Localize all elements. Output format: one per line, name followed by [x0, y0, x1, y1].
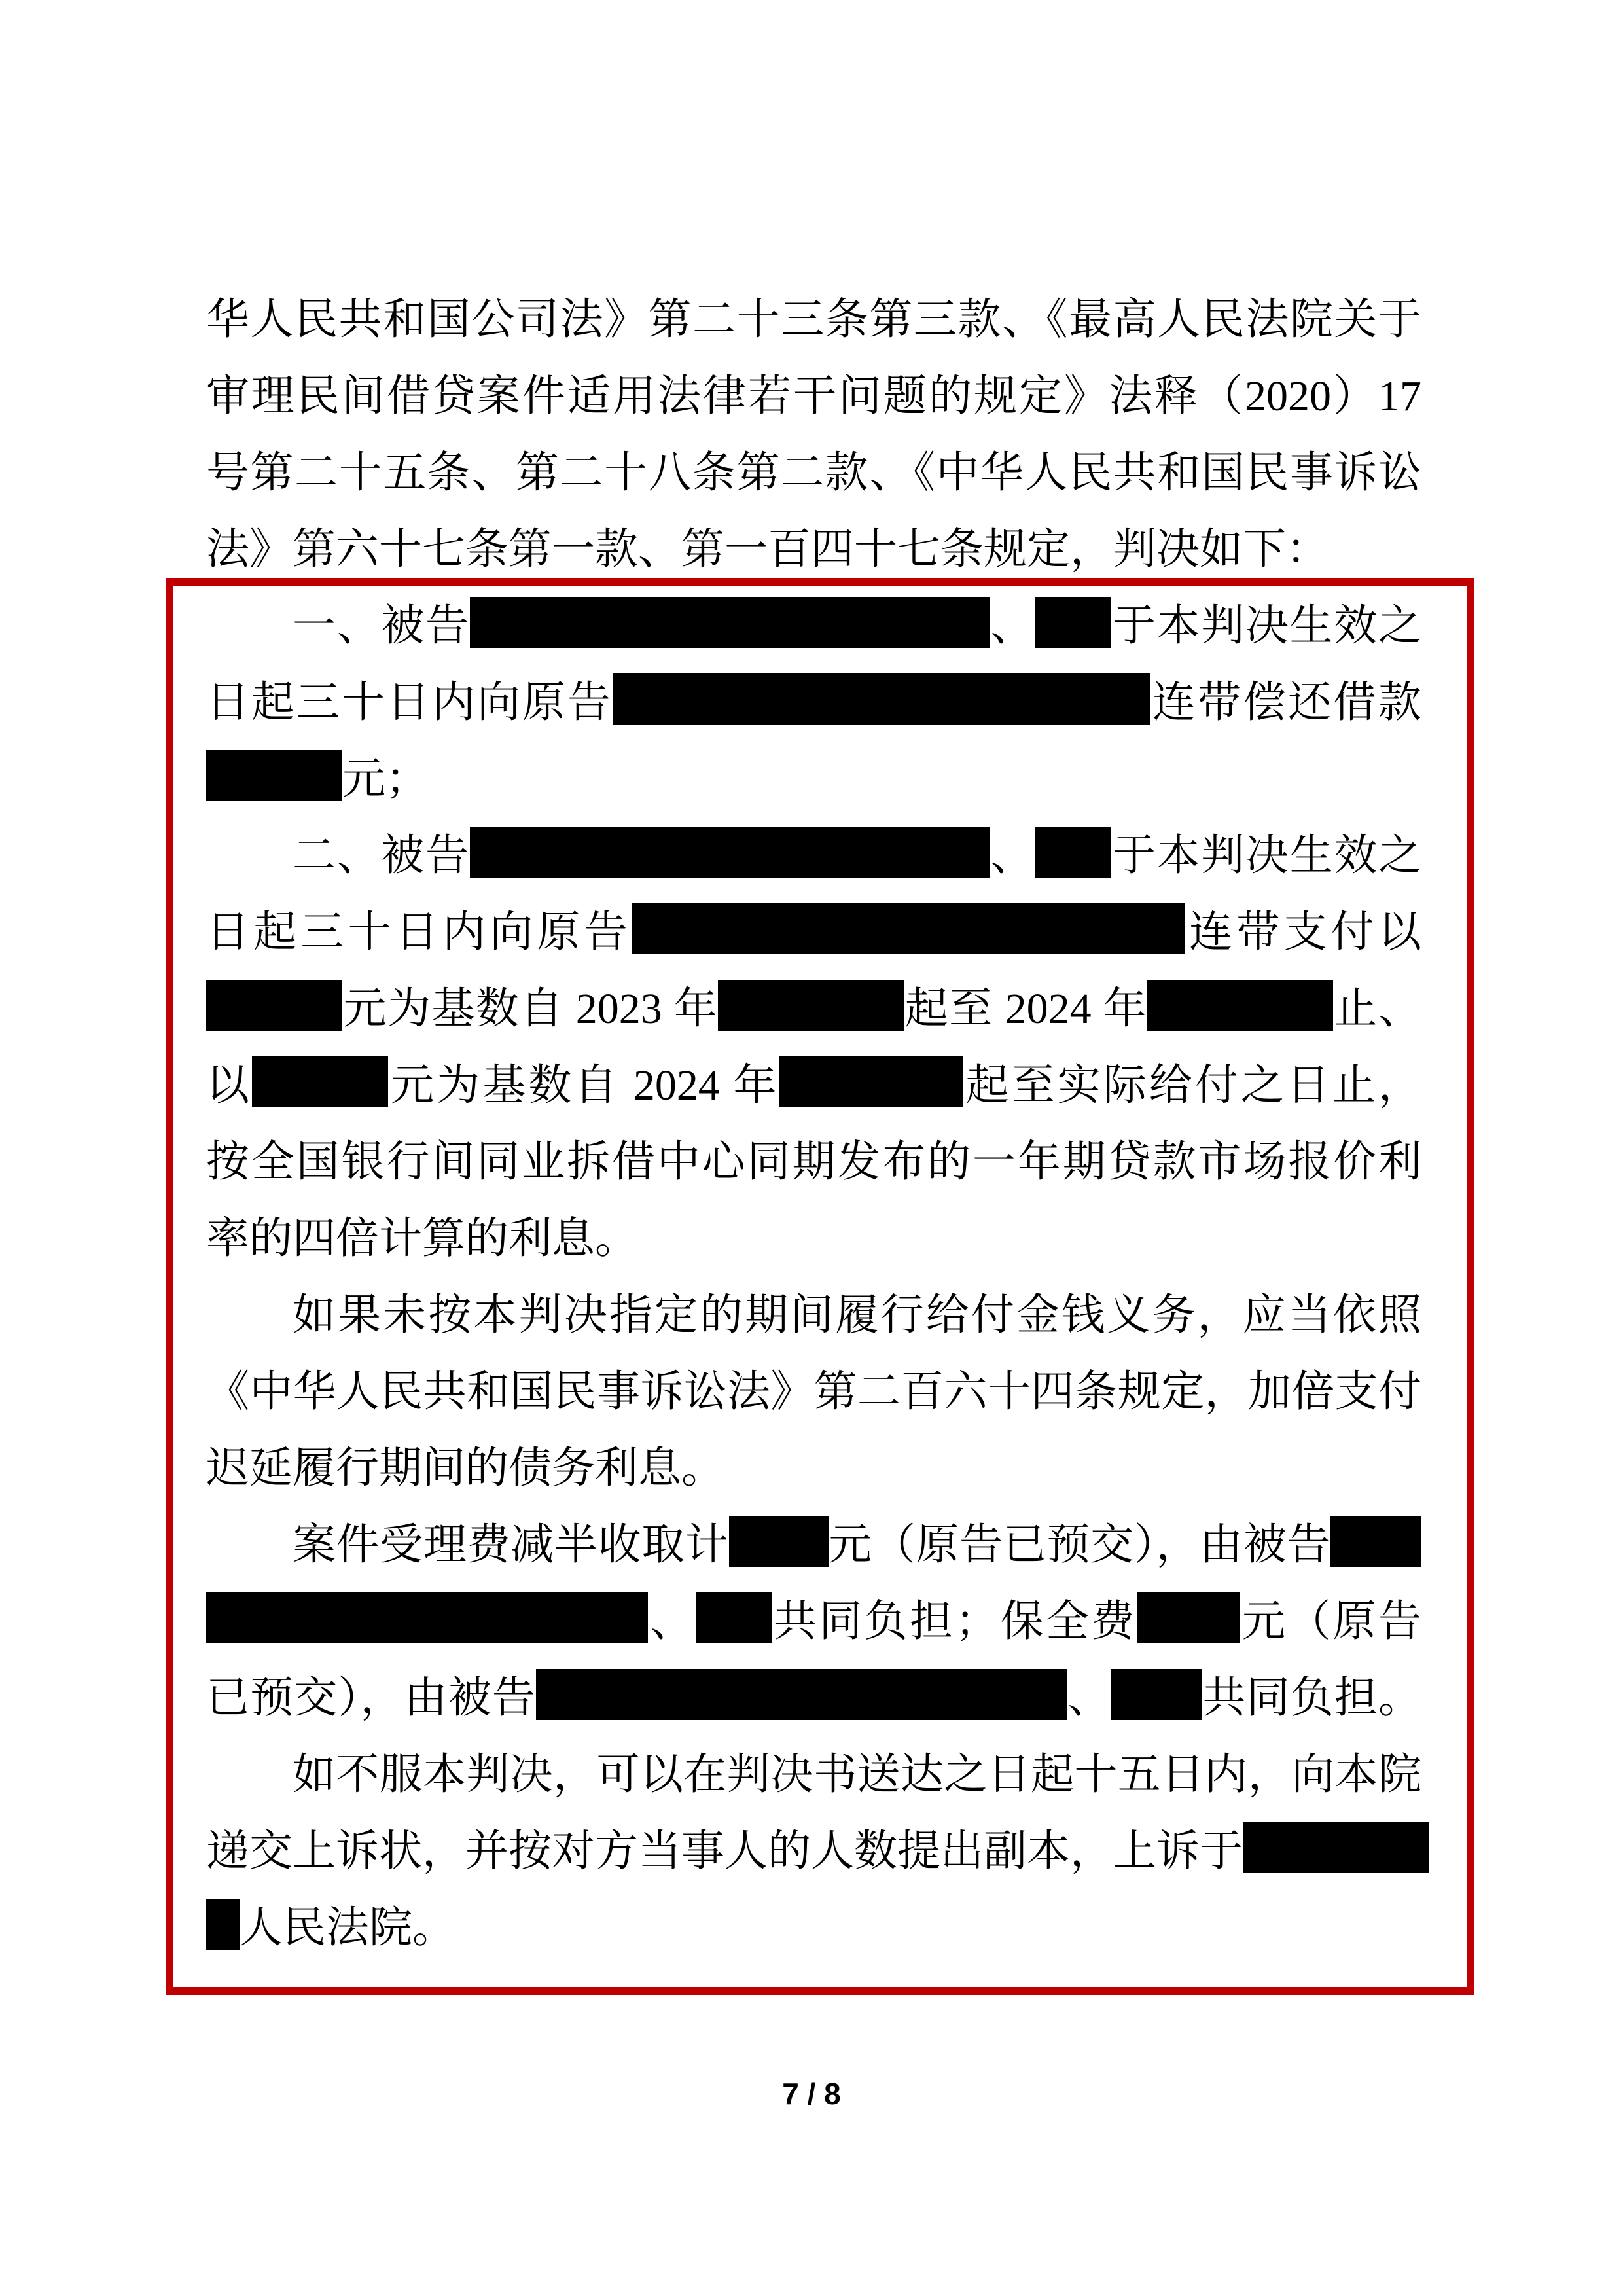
redaction-block: [470, 597, 990, 648]
redaction-block: [779, 1056, 963, 1107]
line-text: 元（原告: [1240, 1598, 1421, 1645]
doc-line: 元；: [206, 741, 1421, 817]
doc-line: 二、被告、于本判决生效之: [206, 817, 1421, 894]
redaction-block: [1111, 1669, 1202, 1720]
line-text: 案件受理费减半收取计: [293, 1521, 729, 1569]
doc-line: 已预交），由被告、共同负担。: [206, 1660, 1421, 1736]
document-page: 华人民共和国公司法》第二十三条第三款、《最高人民法院关于审理民间借贷案件适用法律…: [0, 0, 1623, 2296]
redaction-block: [1035, 597, 1111, 648]
doc-line: 按全国银行间同业拆借中心同期发布的一年期贷款市场报价利: [206, 1124, 1421, 1200]
doc-line: 审理民间借贷案件适用法律若干问题的规定》法释（2020）17: [206, 358, 1421, 435]
line-text: 一、被告: [293, 602, 470, 650]
redaction-block: [696, 1592, 772, 1643]
line-text: 连带偿还借款: [1150, 679, 1421, 726]
doc-line: 号第二十五条、第二十八条第二款、《中华人民共和国民事诉讼: [206, 435, 1421, 511]
redaction-block: [1147, 980, 1333, 1031]
doc-line: 迟延履行期间的债务利息。: [206, 1430, 1421, 1507]
doc-line: 元为基数自 2023 年起至 2024 年止、: [206, 971, 1421, 1047]
doc-line: 、共同负担；保全费元（原告: [206, 1583, 1421, 1660]
redaction-block: [718, 980, 904, 1031]
redaction-block: [1243, 1822, 1429, 1873]
line-text: 华人民共和国公司法》第二十三条第三款、《最高人民法院关于: [206, 296, 1421, 344]
line-text: 号第二十五条、第二十八条第二款、《中华人民共和国民事诉讼: [206, 449, 1421, 497]
line-text: 元为基数自 2023 年: [342, 985, 718, 1033]
redaction-block: [206, 980, 342, 1031]
redaction-block: [613, 673, 1150, 725]
line-text: 元；: [342, 755, 429, 803]
line-text: 起至 2024 年: [904, 985, 1147, 1033]
doc-line: 递交上诉状，并按对方当事人的人数提出副本，上诉于: [206, 1813, 1421, 1890]
line-text: 以: [206, 1062, 252, 1109]
line-text: 《中华人民共和国民事诉讼法》第二百六十四条规定，加倍支付: [206, 1368, 1421, 1416]
line-text: 日起三十日内向原告: [206, 908, 632, 956]
doc-line: 日起三十日内向原告连带支付以: [206, 894, 1421, 971]
redaction-block: [729, 1516, 829, 1567]
line-text: 按全国银行间同业拆借中心同期发布的一年期贷款市场报价利: [206, 1138, 1421, 1186]
doc-line: 华人民共和国公司法》第二十三条第三款、《最高人民法院关于: [206, 281, 1421, 358]
doc-line: 以元为基数自 2024 年起至实际给付之日止，: [206, 1047, 1421, 1124]
redaction-block: [536, 1669, 1067, 1720]
redaction-block: [470, 827, 990, 878]
line-text: 、: [1067, 1674, 1111, 1722]
line-text: 共同负担。: [1202, 1674, 1421, 1722]
line-text: 递交上诉状，并按对方当事人的人数提出副本，上诉于: [206, 1827, 1243, 1875]
line-text: 迟延履行期间的债务利息。: [206, 1444, 724, 1492]
line-text: 、: [990, 832, 1035, 880]
line-text: 二、被告: [293, 832, 470, 880]
line-text: 、: [648, 1598, 696, 1645]
line-text: 止、: [1333, 985, 1421, 1033]
line-text: 如果未按本判决指定的期间履行给付金钱义务，应当依照: [293, 1291, 1421, 1339]
line-text: 率的四倍计算的利息。: [206, 1215, 638, 1263]
line-text: 于本判决生效之: [1111, 832, 1421, 880]
line-text: 、: [990, 602, 1035, 650]
line-text: 审理民间借贷案件适用法律若干问题的规定》法释（2020）17: [206, 372, 1421, 420]
doc-line: 案件受理费减半收取计元（原告已预交），由被告: [206, 1507, 1421, 1583]
line-text: 人民法院。: [240, 1904, 455, 1952]
doc-line: 率的四倍计算的利息。: [206, 1200, 1421, 1277]
doc-line: 一、被告、于本判决生效之: [206, 588, 1421, 664]
judgment-text-block: 华人民共和国公司法》第二十三条第三款、《最高人民法院关于审理民间借贷案件适用法律…: [206, 281, 1421, 1966]
line-text: 如不服本判决，可以在判决书送达之日起十五日内，向本院: [293, 1751, 1421, 1799]
line-text: 法》第六十七条第一款、第一百四十七条规定，判决如下：: [206, 526, 1329, 573]
redaction-block: [1330, 1516, 1421, 1567]
redaction-block: [206, 1592, 648, 1643]
redaction-block: [1035, 827, 1111, 878]
line-text: 元（原告已预交），由被告: [829, 1521, 1330, 1569]
page-number: 7 / 8: [0, 2076, 1623, 2111]
redaction-block: [252, 1056, 388, 1107]
line-text: 共同负担；保全费: [772, 1598, 1137, 1645]
doc-line: 如不服本判决，可以在判决书送达之日起十五日内，向本院: [206, 1736, 1421, 1813]
redaction-block: [632, 903, 1185, 954]
redaction-block: [206, 1899, 240, 1950]
doc-line: 法》第六十七条第一款、第一百四十七条规定，判决如下：: [206, 511, 1421, 588]
redaction-block: [206, 750, 342, 801]
doc-line: 《中华人民共和国民事诉讼法》第二百六十四条规定，加倍支付: [206, 1354, 1421, 1430]
line-text: 连带支付以: [1185, 908, 1421, 956]
line-text: 已预交），由被告: [206, 1674, 536, 1722]
line-text: 起至实际给付之日止，: [963, 1062, 1422, 1109]
line-text: 于本判决生效之: [1111, 602, 1421, 650]
line-text: 元为基数自 2024 年: [388, 1062, 779, 1109]
doc-line: 人民法院。: [206, 1890, 1421, 1966]
doc-line: 日起三十日内向原告连带偿还借款: [206, 664, 1421, 741]
doc-line: 如果未按本判决指定的期间履行给付金钱义务，应当依照: [206, 1277, 1421, 1354]
line-text: 日起三十日内向原告: [206, 679, 613, 726]
redaction-block: [1137, 1592, 1240, 1643]
